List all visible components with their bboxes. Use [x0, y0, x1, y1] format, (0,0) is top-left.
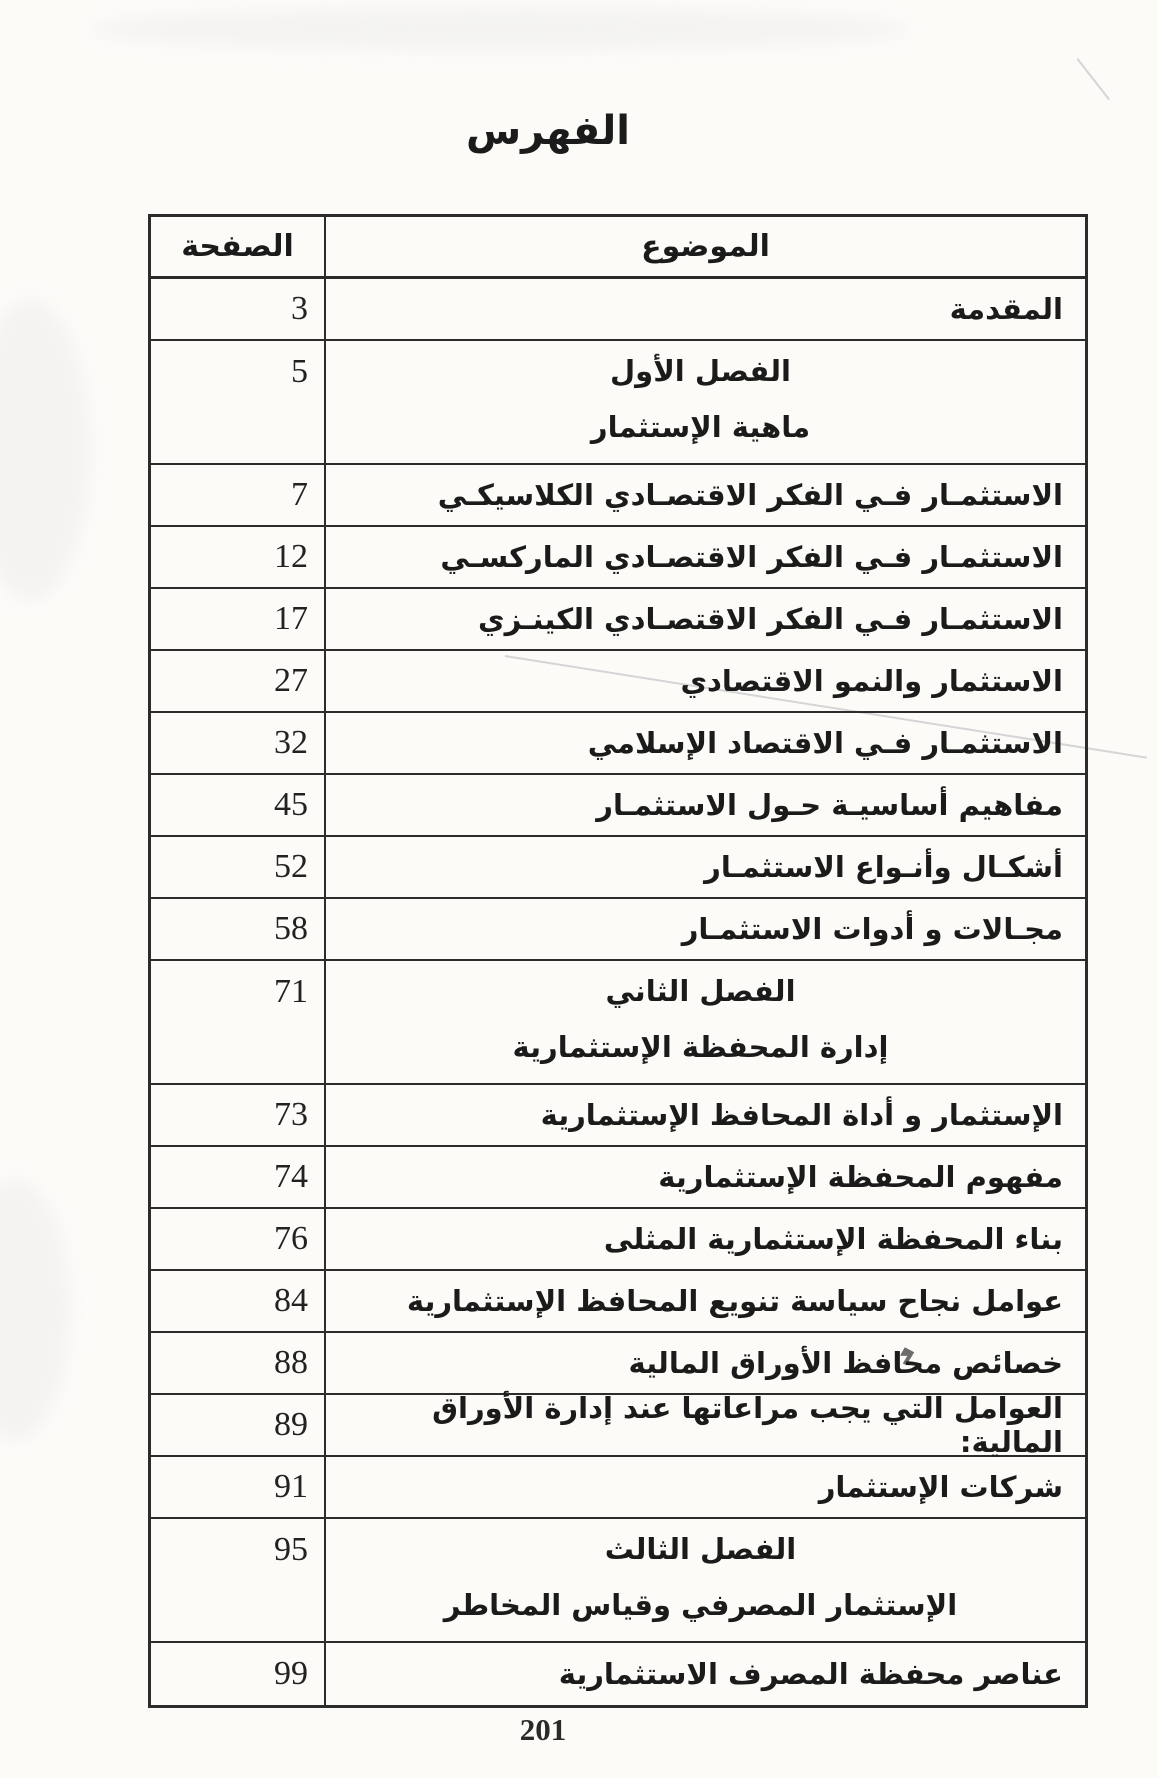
- topic-text: مجـالات و أدوات الاستثمـار: [682, 912, 1063, 946]
- topic-text: العوامل التي يجب مراعاتها عند إدارة الأو…: [338, 1391, 1063, 1459]
- page-number: 32: [274, 724, 308, 762]
- page-number: 27: [274, 662, 308, 700]
- topic-text: أشكـال وأنـواع الاستثمـار: [704, 850, 1063, 884]
- page-number: 84: [274, 1282, 308, 1320]
- topic-cell: الإستثمار و أداة المحافظ الإستثمارية: [326, 1085, 1085, 1145]
- scan-smudge: [0, 1180, 70, 1440]
- page-number-cell: 7: [151, 465, 326, 525]
- page-number-cell: 32: [151, 713, 326, 773]
- toc-row: 3المقدمة: [151, 279, 1085, 341]
- topic-cell: بناء المحفظة الإستثمارية المثلى: [326, 1209, 1085, 1269]
- toc-row: 17الاستثمـار فـي الفكر الاقتصـادي الكينـ…: [151, 589, 1085, 651]
- page-number: 74: [274, 1158, 308, 1196]
- page-number: 45: [274, 786, 308, 824]
- topic-text: الاستثمـار فـي الاقتصاد الإسلامي: [588, 726, 1063, 760]
- chapter-title: الفصل الأول: [610, 353, 791, 391]
- topic-cell: الاستثمـار فـي الفكر الاقتصـادي الكينـزي: [326, 589, 1085, 649]
- page-number: 95: [274, 1531, 308, 1569]
- topic-text: المقدمة: [950, 292, 1063, 326]
- toc-table: الصفحة الموضوع 3المقدمة5الفصل الأولماهية…: [148, 214, 1088, 1708]
- page-number: 3: [291, 290, 308, 328]
- topic-cell: شركات الإستثمار: [326, 1457, 1085, 1517]
- toc-row: 32الاستثمـار فـي الاقتصاد الإسلامي: [151, 713, 1085, 775]
- page-number: 12: [274, 538, 308, 576]
- topic-text: خصائص محافظ الأوراق المالية: [629, 1346, 1064, 1380]
- topic-text: مفاهيم أساسيـة حـول الاستثمـار: [596, 788, 1063, 822]
- topic-cell: الاستثمـار فـي الفكر الاقتصـادي الماركسـ…: [326, 527, 1085, 587]
- page-number-cell: 27: [151, 651, 326, 711]
- page-number-cell: 89: [151, 1395, 326, 1455]
- page-title: الفهرس: [0, 108, 1127, 154]
- topic-cell: العوامل التي يجب مراعاتها عند إدارة الأو…: [326, 1395, 1085, 1455]
- page-number: 89: [274, 1406, 308, 1444]
- toc-row: 74مفهوم المحفظة الإستثمارية: [151, 1147, 1085, 1209]
- scan-smudge: [90, 8, 910, 50]
- page-number-cell: 17: [151, 589, 326, 649]
- topic-cell: الفصل الأولماهية الإستثمار: [326, 341, 1085, 463]
- toc-row: 73الإستثمار و أداة المحافظ الإستثمارية: [151, 1085, 1085, 1147]
- page-number-cell: 58: [151, 899, 326, 959]
- page-number: 91: [274, 1468, 308, 1506]
- toc-header-row: الصفحة الموضوع: [151, 217, 1085, 279]
- page-number-cell: 52: [151, 837, 326, 897]
- scan-smudge: [0, 300, 90, 600]
- page-number-cell: 5: [151, 341, 326, 463]
- toc-chapter-row: 5الفصل الأولماهية الإستثمار: [151, 341, 1085, 465]
- page-number-cell: 99: [151, 1643, 326, 1705]
- topic-text: الاستثمار والنمو الاقتصادي: [680, 664, 1063, 698]
- toc-row: 76بناء المحفظة الإستثمارية المثلى: [151, 1209, 1085, 1271]
- topic-cell: المقدمة: [326, 279, 1085, 339]
- page-number-cell: 74: [151, 1147, 326, 1207]
- page-number-cell: 91: [151, 1457, 326, 1517]
- page-number-cell: 84: [151, 1271, 326, 1331]
- topic-text: مفهوم المحفظة الإستثمارية: [658, 1160, 1063, 1194]
- page-number-cell: 12: [151, 527, 326, 587]
- chapter-subtitle: الإستثمار المصرفي وقياس المخاطر: [444, 1587, 957, 1625]
- page-number: 88: [274, 1344, 308, 1382]
- topic-cell: الفصل الثالثالإستثمار المصرفي وقياس المخ…: [326, 1519, 1085, 1641]
- toc-row: 52أشكـال وأنـواع الاستثمـار: [151, 837, 1085, 899]
- page-number: 73: [274, 1096, 308, 1134]
- footer-page-number: 201: [0, 1712, 1122, 1748]
- page-number: 71: [274, 973, 308, 1011]
- toc-row: 91شركات الإستثمار: [151, 1457, 1085, 1519]
- topic-column-header: الموضوع: [326, 217, 1085, 276]
- topic-cell: عوامل نجاح سياسة تنويع المحافظ الإستثمار…: [326, 1271, 1085, 1331]
- toc-chapter-row: 95الفصل الثالثالإستثمار المصرفي وقياس ال…: [151, 1519, 1085, 1643]
- toc-row: 27الاستثمار والنمو الاقتصادي: [151, 651, 1085, 713]
- scanned-toc-page: الفهرس الصفحة الموضوع 3المقدمة5الفصل الأ…: [0, 0, 1158, 1778]
- page-number: 52: [274, 848, 308, 886]
- page-number-cell: 71: [151, 961, 326, 1083]
- topic-text: بناء المحفظة الإستثمارية المثلى: [604, 1222, 1063, 1256]
- topic-text: شركات الإستثمار: [819, 1470, 1063, 1504]
- topic-cell: الفصل الثانيإدارة المحفظة الإستثمارية: [326, 961, 1085, 1083]
- chapter-title: الفصل الثالث: [605, 1531, 796, 1569]
- topic-cell: خصائص محافظ الأوراق المالية: [326, 1333, 1085, 1393]
- topic-cell: مفاهيم أساسيـة حـول الاستثمـار: [326, 775, 1085, 835]
- topic-cell: الاستثمـار فـي الاقتصاد الإسلامي: [326, 713, 1085, 773]
- toc-row: 84عوامل نجاح سياسة تنويع المحافظ الإستثم…: [151, 1271, 1085, 1333]
- page-number-cell: 88: [151, 1333, 326, 1393]
- toc-row: 99عناصر محفظة المصرف الاستثمارية: [151, 1643, 1085, 1705]
- page-number-cell: 3: [151, 279, 326, 339]
- page-number-cell: 95: [151, 1519, 326, 1641]
- toc-chapter-row: 71الفصل الثانيإدارة المحفظة الإستثمارية: [151, 961, 1085, 1085]
- topic-cell: مفهوم المحفظة الإستثمارية: [326, 1147, 1085, 1207]
- topic-cell: عناصر محفظة المصرف الاستثمارية: [326, 1643, 1085, 1705]
- topic-text: الإستثمار و أداة المحافظ الإستثمارية: [541, 1098, 1063, 1132]
- page-number: 99: [274, 1655, 308, 1693]
- page-number: 5: [291, 353, 308, 391]
- toc-row: 12الاستثمـار فـي الفكر الاقتصـادي المارك…: [151, 527, 1085, 589]
- page-number-cell: 73: [151, 1085, 326, 1145]
- topic-text: الاستثمـار فـي الفكر الاقتصـادي الماركسـ…: [440, 540, 1063, 574]
- chapter-subtitle: ماهية الإستثمار: [591, 409, 810, 447]
- toc-row: 89العوامل التي يجب مراعاتها عند إدارة ال…: [151, 1395, 1085, 1457]
- topic-text: الاستثمـار فـي الفكر الاقتصـادي الكينـزي: [478, 602, 1063, 636]
- toc-row: 7الاستثمـار فـي الفكر الاقتصـادي الكلاسي…: [151, 465, 1085, 527]
- topic-cell: أشكـال وأنـواع الاستثمـار: [326, 837, 1085, 897]
- toc-row: 58مجـالات و أدوات الاستثمـار: [151, 899, 1085, 961]
- toc-row: 45مفاهيم أساسيـة حـول الاستثمـار: [151, 775, 1085, 837]
- page-number: 7: [291, 476, 308, 514]
- topic-text: عوامل نجاح سياسة تنويع المحافظ الإستثمار…: [407, 1284, 1063, 1318]
- chapter-title: الفصل الثاني: [605, 973, 795, 1011]
- page-number: 17: [274, 600, 308, 638]
- chapter-subtitle: إدارة المحفظة الإستثمارية: [513, 1029, 889, 1067]
- topic-text: الاستثمـار فـي الفكر الاقتصـادي الكلاسيك…: [438, 478, 1063, 512]
- page-number-cell: 76: [151, 1209, 326, 1269]
- page-number: 58: [274, 910, 308, 948]
- topic-text: عناصر محفظة المصرف الاستثمارية: [559, 1657, 1063, 1691]
- topic-cell: مجـالات و أدوات الاستثمـار: [326, 899, 1085, 959]
- topic-cell: الاستثمـار فـي الفكر الاقتصـادي الكلاسيك…: [326, 465, 1085, 525]
- page-number-cell: 45: [151, 775, 326, 835]
- toc-row: 88خصائص محافظ الأوراق المالية: [151, 1333, 1085, 1395]
- topic-cell: الاستثمار والنمو الاقتصادي: [326, 651, 1085, 711]
- page-column-header: الصفحة: [151, 217, 326, 276]
- page-number: 76: [274, 1220, 308, 1258]
- scan-crease: [1076, 58, 1110, 100]
